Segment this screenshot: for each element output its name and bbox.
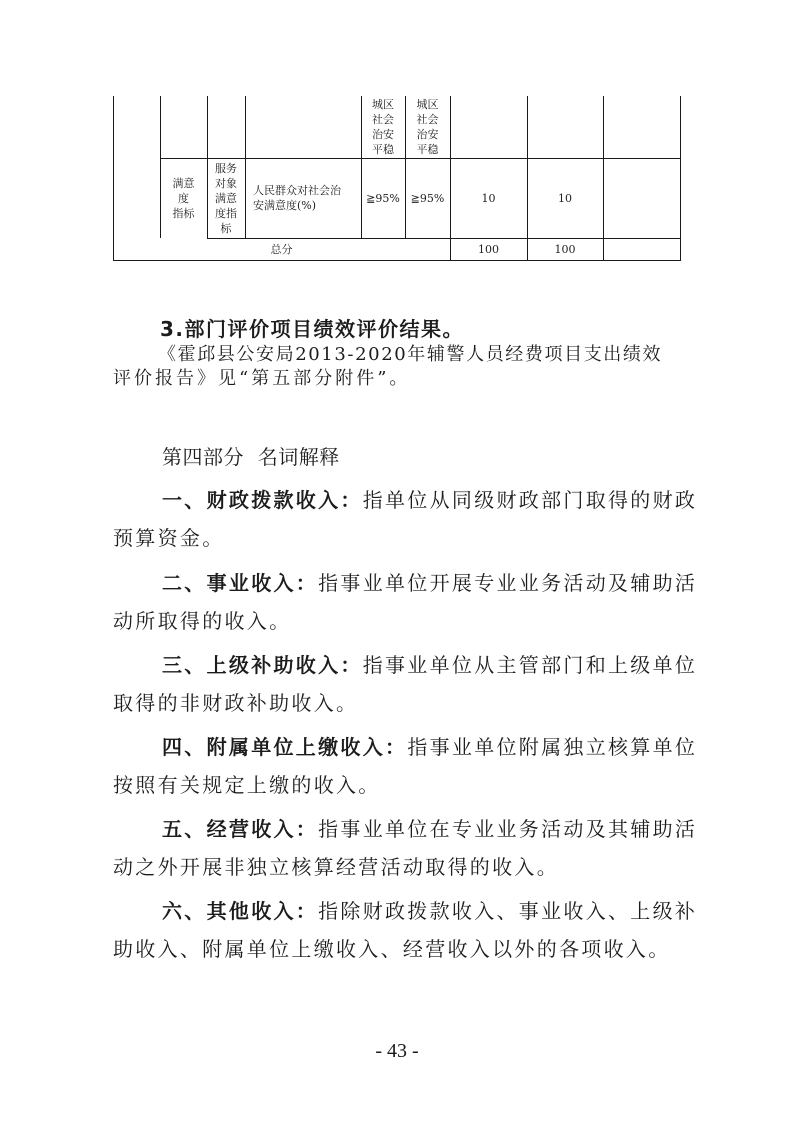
section3-heading: 3.部门评价项目绩效评价结果。 [160,313,727,342]
term-definition: 三、上级补助收入：指事业单位从主管部门和上级单位 [162,649,682,678]
table-border-left [113,96,114,260]
term-definition-cont: 按照有关规定上缴的收入。 [113,769,680,798]
term-definition-cont: 助收入、附属单位上缴收入、经营收入以外的各项收入。 [113,933,680,962]
term-label: 四、附属单位上缴收入： [162,735,407,759]
remark-cell [603,158,680,238]
level3-indicator-cell: 人民群众对社会治 安满意度(%) [245,158,361,238]
indicator-value-cell: 城区 社会 治安 平稳 [361,96,405,158]
table-border-right [680,96,681,260]
term-definition-cont: 取得的非财政补助收入。 [113,687,680,716]
term-label: 三、上级补助收入： [162,653,363,677]
target-value-cell: ≧95% [361,158,405,238]
actual-value-cell: 城区 社会 治安 平稳 [405,96,450,158]
term-definition: 一、财政拨款收入：指单位从同级财政部门取得的财政 [162,484,682,513]
term-definition-cont: 动所取得的收入。 [113,605,680,634]
total-weight-cell: 100 [450,238,527,260]
total-label-cell: 总分 [113,238,450,260]
term-definition: 六、其他收入：指除财政拨款收入、事业收入、上级补 [162,895,682,924]
weight-cell: 10 [450,158,527,238]
level2-indicator-cell: 服务 对象 满意 度指 标 [207,158,245,238]
term-label: 五、经营收入： [162,817,318,841]
page-number: - 43 - [0,1040,794,1063]
term-definition: 五、经营收入：指事业单位在专业业务活动及其辅助活 [162,813,682,842]
actual-value-cell: ≧95% [405,158,450,238]
term-text: 指事业单位开展专业业务活动及辅助活 [318,571,697,595]
term-definition-cont: 预算资金。 [113,522,680,551]
term-text: 指事业单位附属独立核算单位 [407,735,697,759]
term-text: 指单位从同级财政部门取得的财政 [363,488,698,512]
term-definition-cont: 动之外开展非独立核算经营活动取得的收入。 [113,851,680,880]
term-definition: 二、事业收入：指事业单位开展专业业务活动及辅助活 [162,567,682,596]
term-definition: 四、附属单位上缴收入：指事业单位附属独立核算单位 [162,731,682,760]
total-score-cell: 100 [527,238,603,260]
term-text: 指事业单位在专业业务活动及其辅助活 [318,817,697,841]
term-label: 六、其他收入： [162,899,318,923]
total-remark-cell [603,238,680,260]
score-cell: 10 [527,158,603,238]
term-label: 一、财政拨款收入： [162,488,363,512]
part4-title: 第四部分 名词解释 [162,441,729,470]
level1-indicator-cell: 满意 度 指标 [160,158,207,238]
term-text: 指除财政拨款收入、事业收入、上级补 [318,899,697,923]
section3-body-line2: 评价报告》见“第五部分附件”。 [113,364,680,390]
term-label: 二、事业收入： [162,571,318,595]
section3-body-line1: 《霍邱县公安局2013-2020年辅警人员经费项目支出绩效 [158,340,688,366]
table-border-bottom [113,260,681,261]
term-text: 指事业单位从主管部门和上级单位 [363,653,698,677]
